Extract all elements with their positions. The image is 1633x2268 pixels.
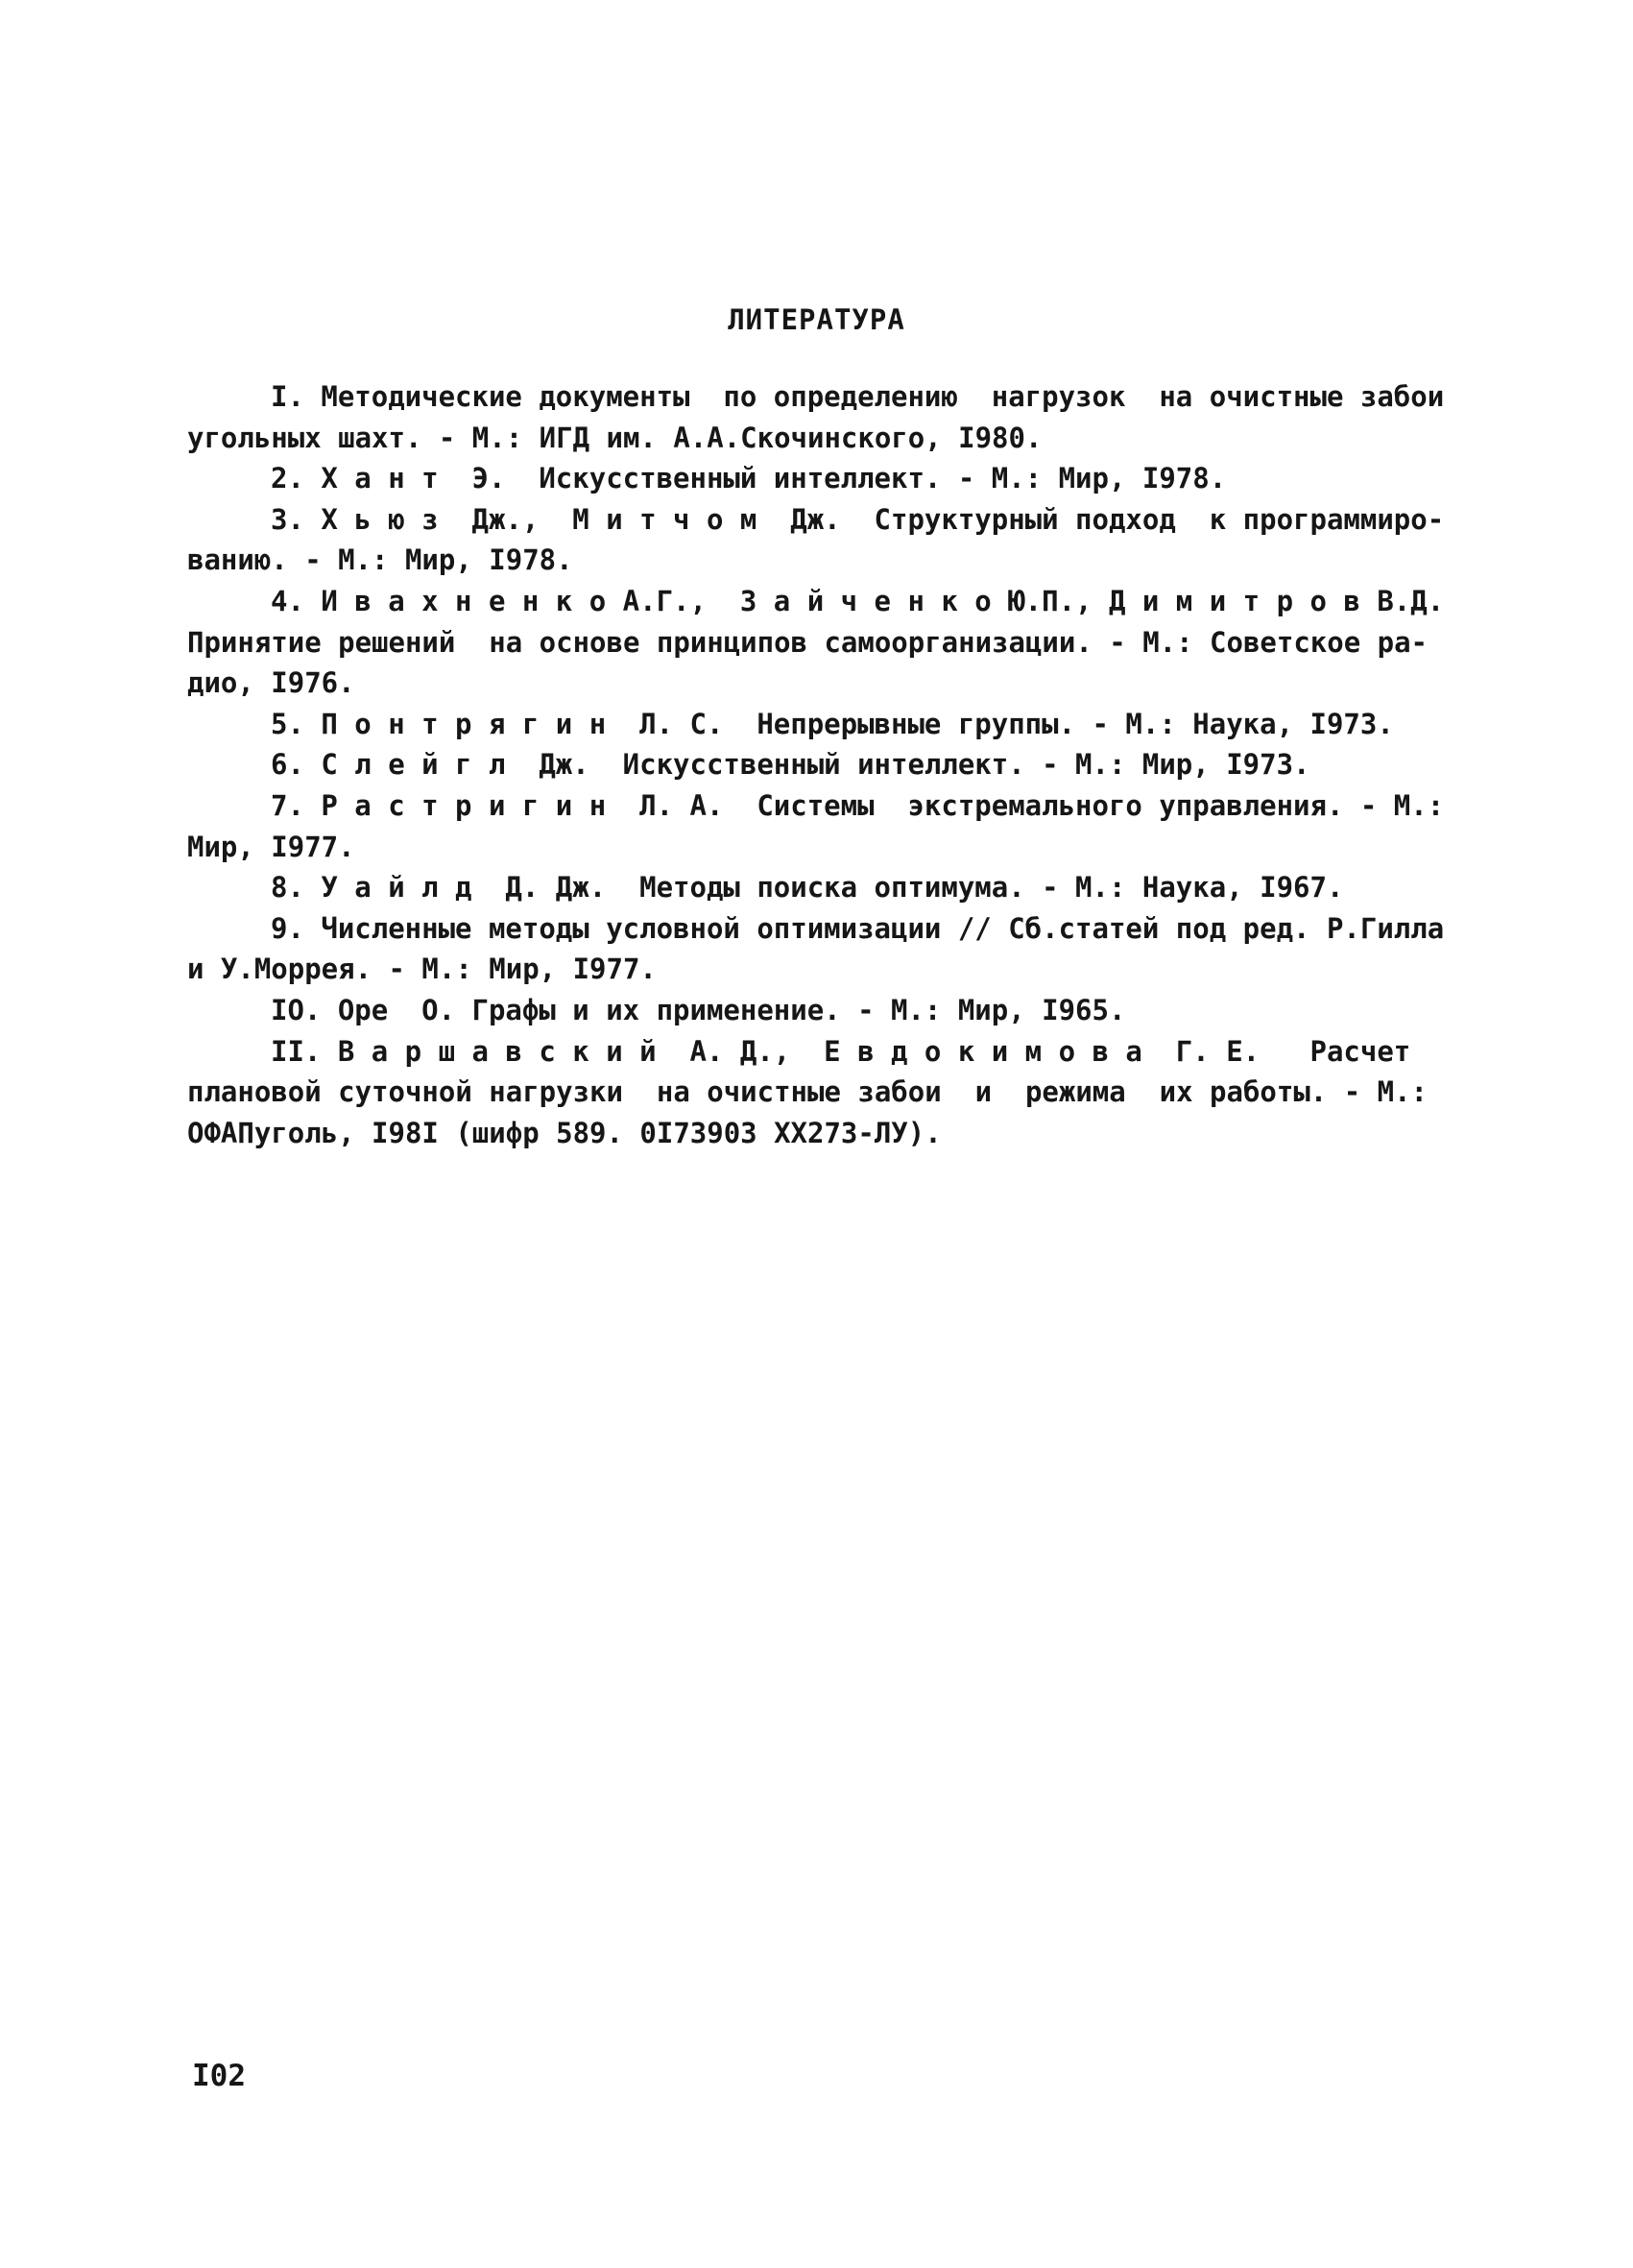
reference-line: II. В а р ш а в с к и й А. Д., Е в д о к… [187, 1031, 1454, 1073]
reference-line: плановой суточной нагрузки на очистные з… [187, 1072, 1454, 1113]
reference-line: 8. У а й л д Д. Дж. Методы поиска оптиму… [187, 867, 1454, 908]
page-number: I02 [192, 2059, 246, 2093]
reference-line: 6. С л е й г л Дж. Искусственный интелле… [187, 744, 1454, 785]
reference-line: ОФАПуголь, I98I (шифр 589. 0I73903 ХХ273… [187, 1113, 1454, 1154]
reference-line: I. Методические документы по определению… [187, 376, 1454, 418]
reference-line: Принятие решений на основе принципов сам… [187, 622, 1454, 664]
reference-line: IO. Оре О. Графы и их применение. - М.: … [187, 990, 1454, 1031]
reference-line: и У.Моррея. - М.: Мир, I977. [187, 949, 1454, 990]
reference-line: 7. Р а с т р и г и н Л. А. Системы экстр… [187, 785, 1454, 827]
reference-line: Мир, I977. [187, 827, 1454, 868]
reference-line: 9. Численные методы условной оптимизации… [187, 908, 1454, 950]
reference-line: 4. И в а х н е н к о А.Г., З а й ч е н к… [187, 581, 1454, 622]
reference-line: угольных шахт. - М.: ИГД им. А.А.Скочинс… [187, 418, 1454, 459]
reference-line: 3. Х ь ю з Дж., М и т ч о м Дж. Структур… [187, 499, 1454, 541]
document-page: ЛИТЕРАТУРА I. Методические документы по … [0, 0, 1633, 2268]
reference-line: 2. Х а н т Э. Искусственный интеллект. -… [187, 458, 1454, 499]
reference-line: 5. П о н т р я г и н Л. С. Непрерывные г… [187, 704, 1454, 745]
page-title: ЛИТЕРАТУРА [0, 303, 1633, 336]
reference-line: ванию. - М.: Мир, I978. [187, 540, 1454, 581]
reference-line: дио, I976. [187, 663, 1454, 704]
references-list: I. Методические документы по определению… [187, 376, 1454, 1153]
